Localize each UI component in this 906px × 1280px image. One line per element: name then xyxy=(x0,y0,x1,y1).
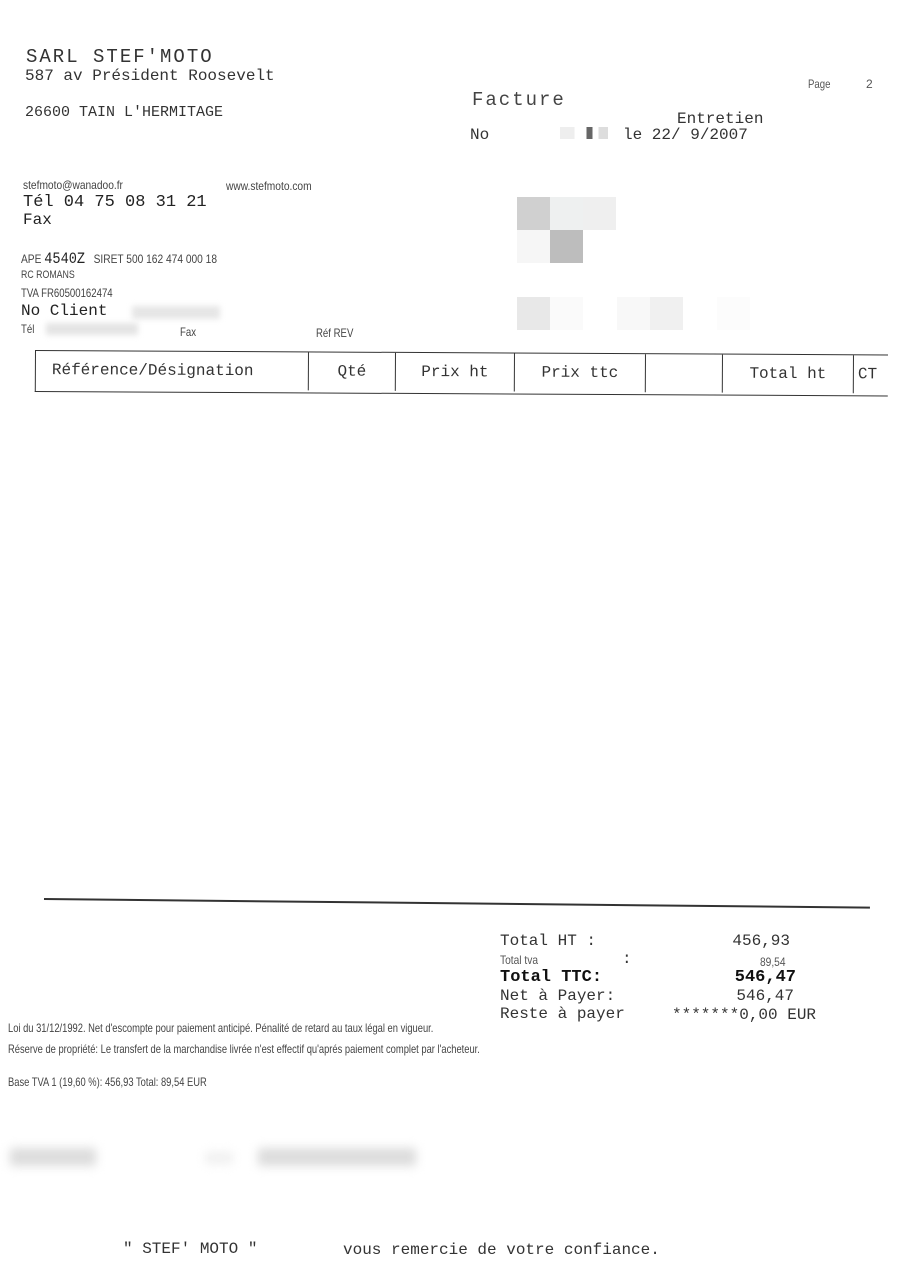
total-tva-label: Total tva xyxy=(500,953,538,967)
invoice-date: le 22/ 9/2007 xyxy=(623,126,748,144)
total-ht-label: Total HT : xyxy=(500,932,596,950)
column-blank xyxy=(646,354,723,392)
company-fax: Fax xyxy=(23,211,52,229)
company-rc: RC ROMANS xyxy=(21,269,75,281)
legal-notice-line2: Réserve de propriété: Le transfert de la… xyxy=(8,1042,480,1056)
company-address-street: 587 av Président Roosevelt xyxy=(25,67,275,85)
column-price-ht: Prix ht xyxy=(396,353,515,392)
invoice-number-label: No xyxy=(470,126,489,144)
ape-label: APE xyxy=(21,252,41,266)
net-payer-label: Net à Payer: xyxy=(500,987,615,1005)
items-table-header: Référence/Désignation Qté Prix ht Prix t… xyxy=(35,350,888,396)
client-fax-label: Fax xyxy=(180,325,196,339)
totals-divider xyxy=(44,898,870,909)
total-ttc-value: 546,47 xyxy=(735,968,796,987)
column-ct: CT xyxy=(854,355,888,393)
column-price-ttc: Prix ttc xyxy=(515,354,646,393)
column-designation: Référence/Désignation xyxy=(36,351,309,390)
company-name: SARL STEF'MOTO xyxy=(26,46,214,68)
client-number-redacted xyxy=(132,306,220,319)
net-payer-value: 546,47 xyxy=(736,987,794,1005)
document-title: Facture xyxy=(472,89,566,111)
reste-payer-value: *******0,00 EUR xyxy=(672,1006,816,1024)
company-address-city: 26600 TAIN L'HERMITAGE xyxy=(25,104,223,121)
column-qty: Qté xyxy=(309,352,396,390)
total-ttc-label: Total TTC: xyxy=(500,968,602,987)
legal-notice-line1: Loi du 31/12/1992. Net d'escompte pour p… xyxy=(8,1021,433,1035)
company-ape: APE 4540Z SIRET 500 162 474 000 18 xyxy=(21,250,217,268)
ape-code: 4540Z xyxy=(44,250,85,268)
footer-company: " STEF' MOTO " xyxy=(123,1240,257,1258)
siret: SIRET 500 162 474 000 18 xyxy=(94,252,217,266)
tva-base-summary: Base TVA 1 (19,60 %): 456,93 Total: 89,5… xyxy=(8,1075,207,1089)
company-website: www.stefmoto.com xyxy=(226,179,312,193)
client-number-label: No Client xyxy=(21,302,107,320)
total-tva-colon: : xyxy=(622,950,632,968)
invoice-number-redacted xyxy=(560,127,608,139)
total-ht-value: 456,93 xyxy=(732,932,790,950)
client-tel-label: Tél xyxy=(21,322,34,336)
company-tva: TVA FR60500162474 xyxy=(21,286,113,300)
company-email: stefmoto@wanadoo.fr xyxy=(23,178,123,192)
page-label: Page xyxy=(808,77,830,91)
footer-thanks: vous remercie de votre confiance. xyxy=(343,1241,660,1259)
company-phone: Tél 04 75 08 31 21 xyxy=(23,193,207,212)
client-tel-redacted xyxy=(46,323,138,335)
column-total-ht: Total ht xyxy=(723,355,854,394)
page-number: 2 xyxy=(866,77,873,91)
total-tva-value: 89,54 xyxy=(760,955,786,969)
reference-label: Réf REV xyxy=(316,326,353,340)
reste-payer-label: Reste à payer xyxy=(500,1005,625,1023)
